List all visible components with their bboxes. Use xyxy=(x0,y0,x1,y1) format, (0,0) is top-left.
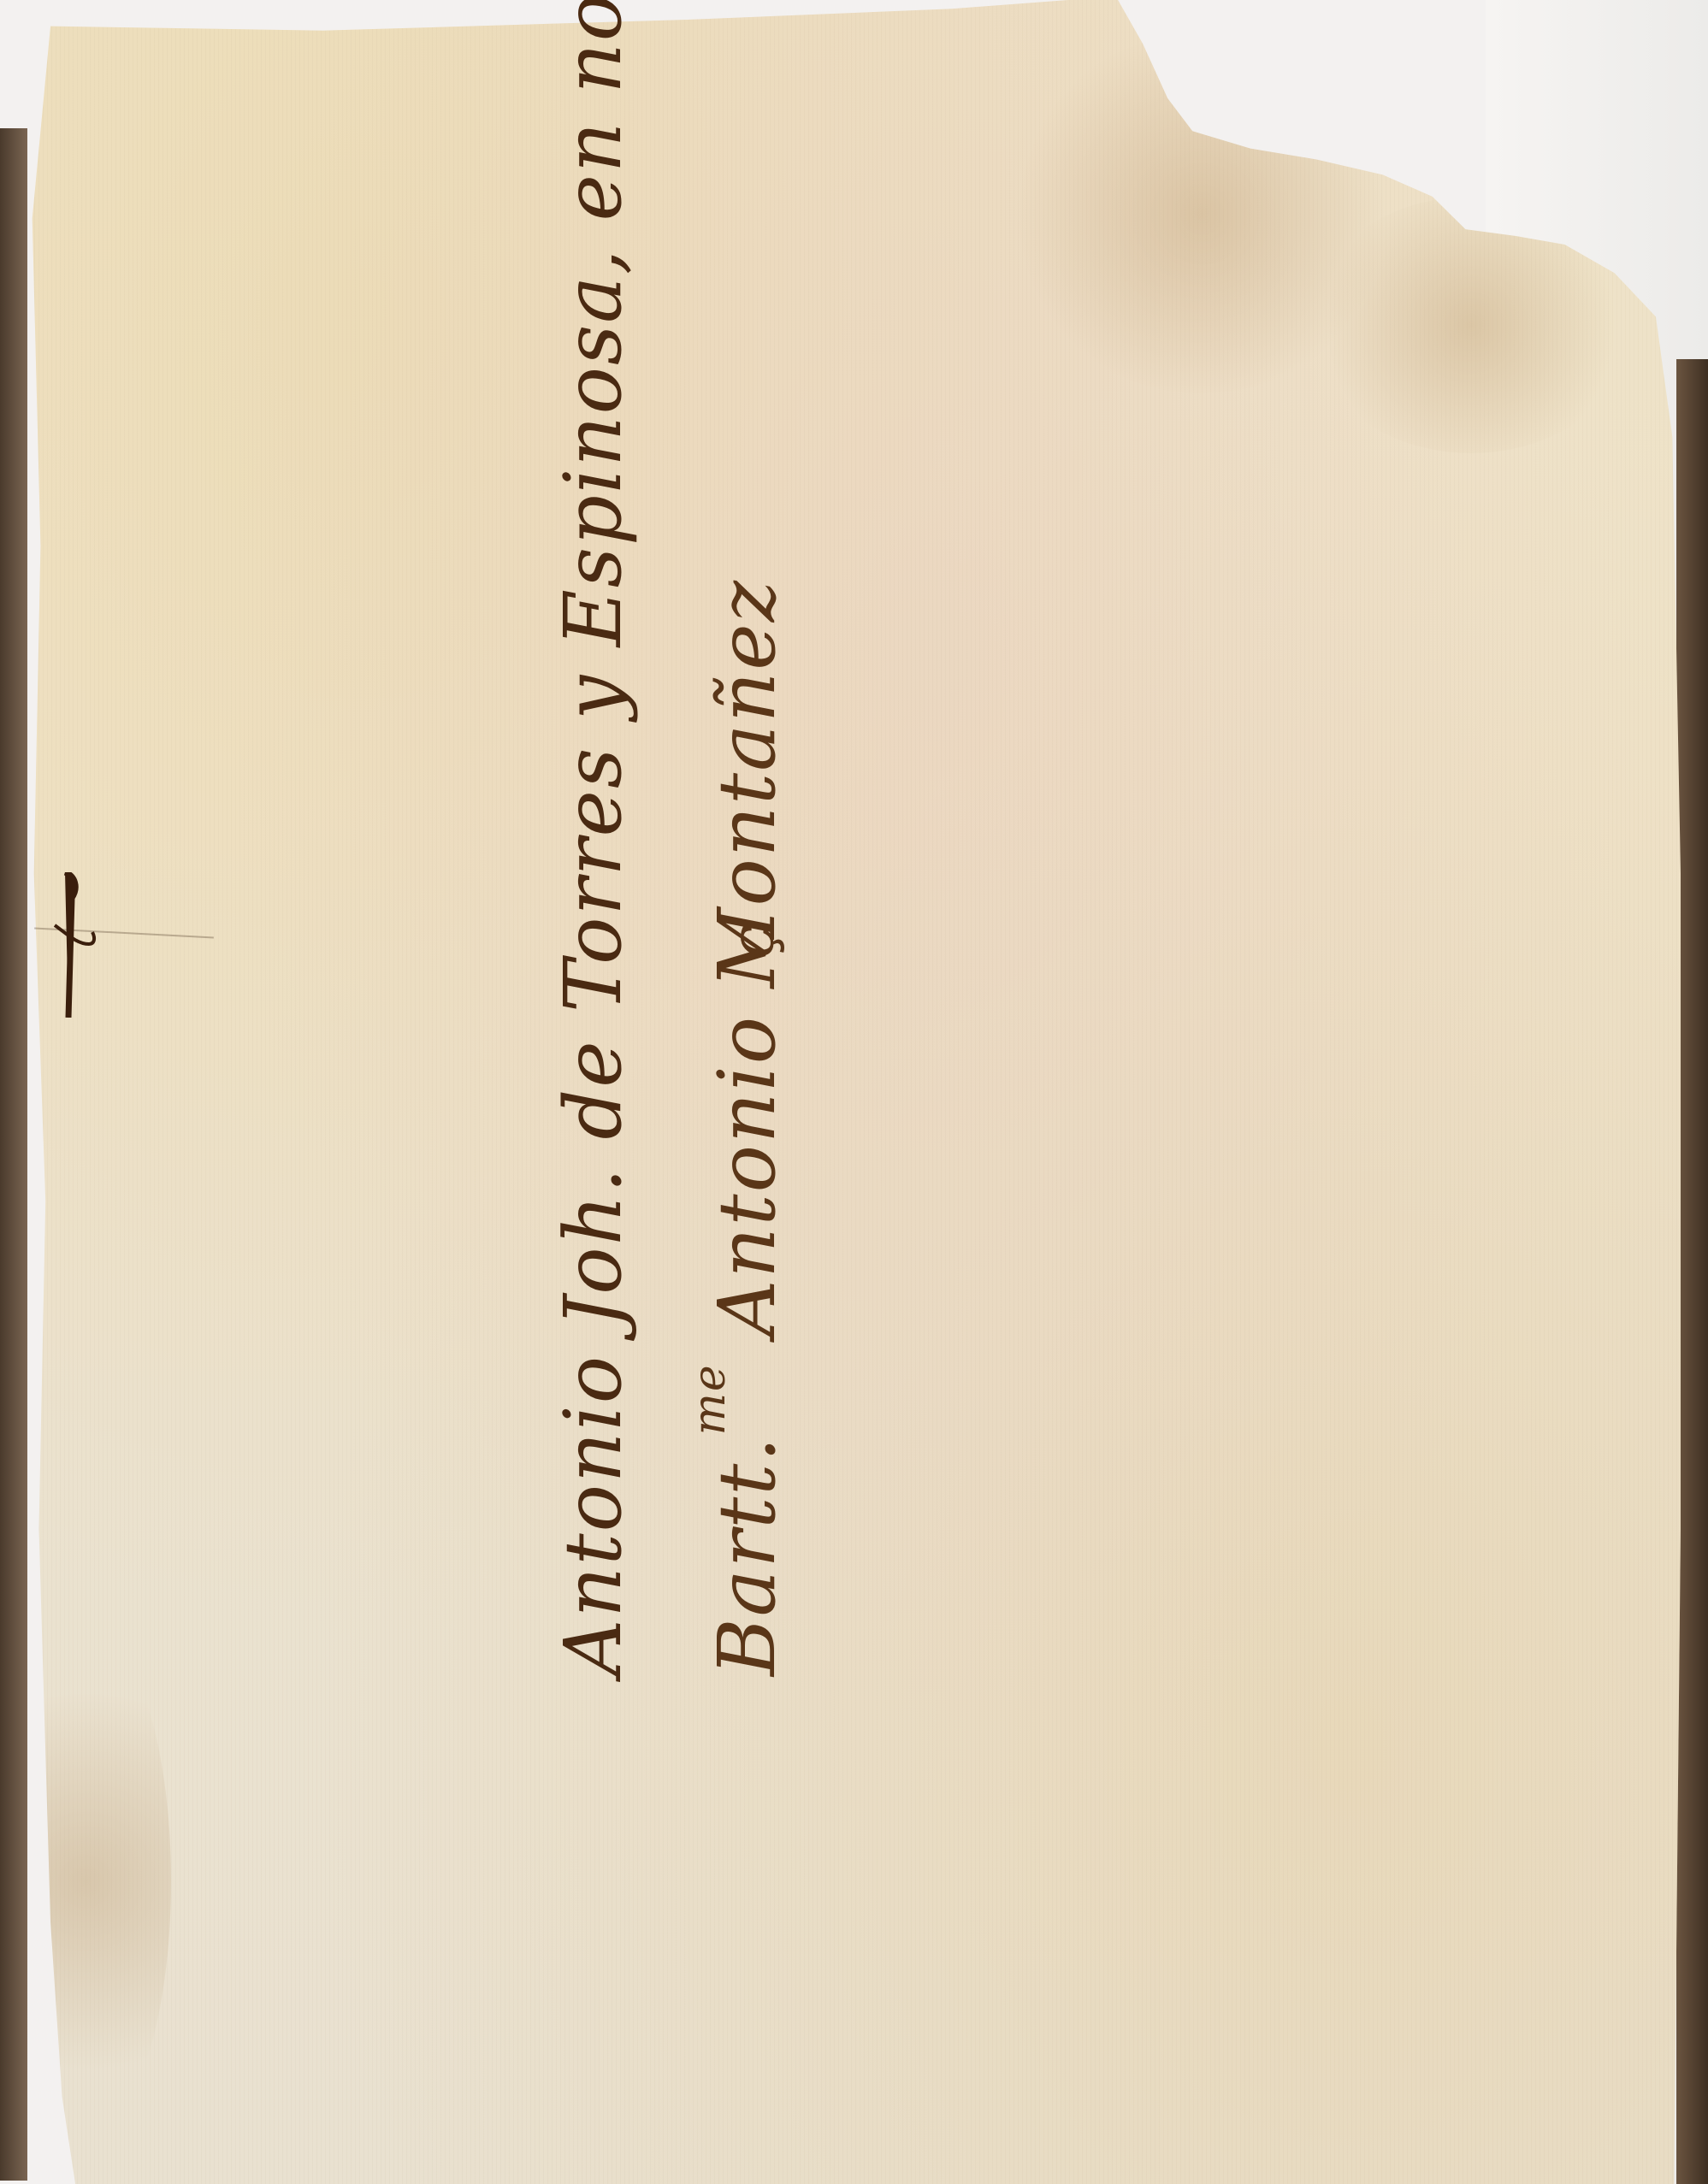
book-edge-left xyxy=(0,128,27,2181)
line-2-end: Antonio Montañez xyxy=(701,579,793,1363)
paper-sheet xyxy=(26,0,1681,2184)
line-2-start: Bartt. xyxy=(701,1435,793,1676)
rubric-flourish: ç xyxy=(718,924,788,958)
line-1-text: Antonio Joh. de Torres y Espinosa, en no… xyxy=(547,0,639,1676)
book-edge-right xyxy=(1676,359,1708,2184)
manuscript-line-1: Antonio Joh. de Torres y Espinosa, en no… xyxy=(547,0,639,1676)
manuscript-line-2: Bartt.me Antonio Montañez xyxy=(701,579,793,1676)
line-2-superscript: me xyxy=(684,1363,736,1435)
cross-mark-icon xyxy=(50,872,109,1018)
